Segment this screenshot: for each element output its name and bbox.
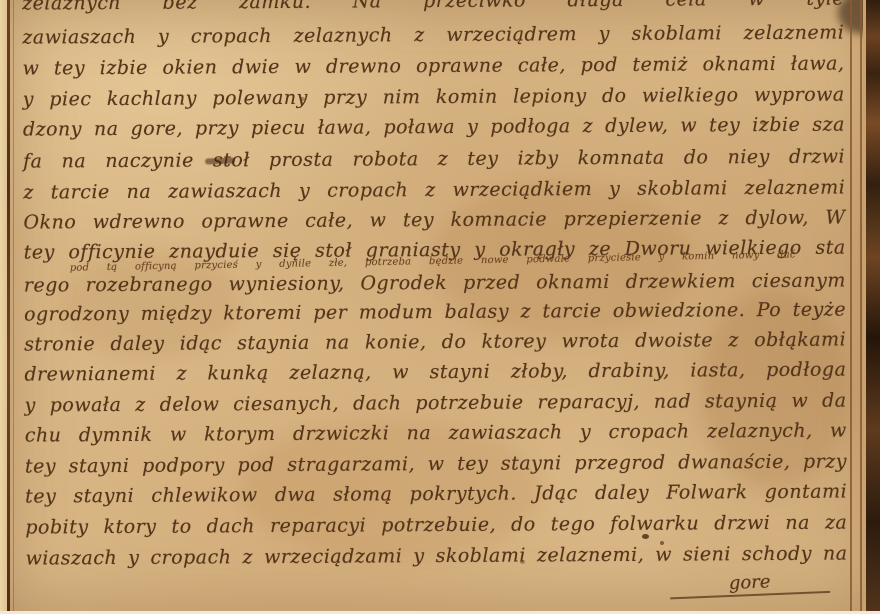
left-page-margin: [0, 0, 7, 614]
manuscript-line: pobity ktory to dach reparacyi potrzebui…: [25, 510, 847, 541]
manuscript-line: chu dymnik w ktorym drzwiczki na zawiasz…: [25, 418, 847, 449]
manuscript-line: dzony na gore, przy piecu ława, poława y…: [23, 112, 845, 143]
right-page-edge: [866, 0, 880, 614]
manuscript-line: y powała z delow ciesanych, dach potrzeb…: [25, 388, 847, 419]
manuscript-line: ogrodzony między ktoremi per modum balas…: [24, 297, 846, 328]
manuscript-line: drewnianemi z kunką zelazną, w stayni zł…: [24, 357, 846, 388]
right-margin-rule: [860, 0, 862, 614]
catchword-wrap: gore: [669, 569, 830, 600]
manuscript-line: wiaszach y cropach z wrzeciądzami y skob…: [25, 541, 847, 572]
ink-smudge: [205, 157, 235, 164]
manuscript-line: rego rozebranego wyniesiony, Ogrodek prz…: [24, 268, 846, 299]
left-gutter-rule: [7, 0, 10, 614]
manuscript-line: w tey izbie okien dwie w drewno oprawne …: [22, 51, 844, 82]
manuscript-text: zelaznych bez zamku. Na przeciwko długa …: [0, 0, 880, 614]
manuscript-line: y piec kachlany polewany przy nim komin …: [23, 82, 845, 113]
catchword: gore: [669, 569, 830, 600]
manuscript-line: z tarcie na zawiaszach y cropach z wrzec…: [23, 175, 845, 206]
manuscript-line: fa na naczynie stoł prosta robota z tey …: [23, 144, 845, 175]
manuscript-page: zelaznych bez zamku. Na przeciwko długa …: [0, 0, 880, 614]
manuscript-line: stronie daley idąc staynia na konie, do …: [24, 327, 846, 358]
manuscript-line: Okno wdrewno oprawne całe, w tey komnaci…: [23, 205, 845, 236]
manuscript-line: zawiaszach y cropach zelaznych z wrzecią…: [22, 20, 844, 51]
right-margin-rule: [850, 0, 852, 614]
left-gutter-rule-faint: [13, 0, 14, 614]
manuscript-line: tey stayni podpory pod stragarzami, w te…: [25, 449, 847, 480]
manuscript-line: zelaznych bez zamku. Na przeciwko długa …: [22, 0, 844, 17]
manuscript-line: tey stayni chlewikow dwa słomą pokrytych…: [25, 479, 847, 510]
